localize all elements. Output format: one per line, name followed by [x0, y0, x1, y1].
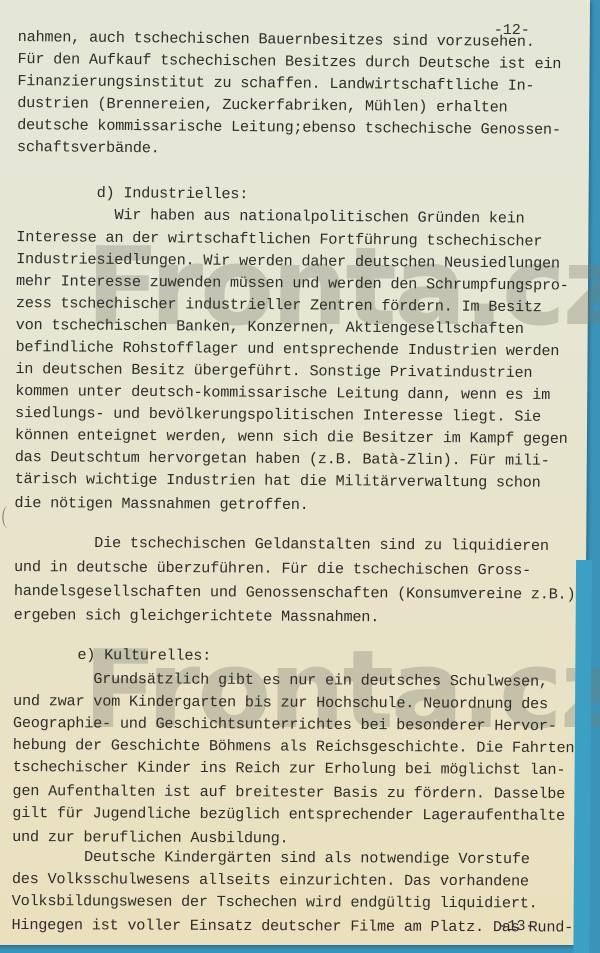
text-line: dustrien (Brennereien, Zuckerfabriken, M…: [17, 94, 508, 117]
document-page: -12- Fronta.cz Fronta.cz nahmen, auch ts…: [0, 0, 590, 945]
text-line: die nötigen Massnahmen getroffen.: [14, 494, 308, 514]
text-line: befindliche Rohstofflager und entspreche…: [15, 338, 559, 360]
text-line: d) Industrielles:: [97, 184, 249, 203]
text-line: mehr Interesse zuwenden müssen und werde…: [16, 272, 569, 295]
text-line: gen Aufenthalten ist auf breitester Basi…: [12, 782, 565, 803]
text-line: und zwar vom Kindergarten bis zur Hochsc…: [13, 692, 548, 713]
text-line: Industriesiedlungen. Wir werden daher de…: [16, 250, 560, 273]
text-line: zess tschechischer industrieller Zentren…: [16, 294, 542, 316]
text-line: tärisch wichtige Industrien hat die Mili…: [15, 470, 541, 492]
text-line: kommen unter deutsch-kommissarische Leit…: [15, 382, 550, 404]
text-line: Deutsche Kindergärten sind als notwendig…: [84, 848, 530, 868]
text-line: schaftsverbände.: [17, 138, 160, 157]
text-line: hebung der Geschichte Böhmens als Reichs…: [13, 736, 575, 757]
page-number-bottom: -13-: [498, 918, 534, 935]
text-line: und zur beruflichen Ausbildung.: [12, 828, 289, 847]
text-line: Finanzierungsinstitut zu schaffen. Landw…: [17, 72, 534, 95]
text-line: und in deutsche überzuführen. Für die ts…: [14, 558, 531, 579]
text-line: Volksbildungswesen der Tschechen wird en…: [12, 892, 538, 912]
text-line: handelsgesellschaften und Genossenschaft…: [14, 582, 576, 604]
text-line: Geographie- und Geschichtsunterrichtes b…: [13, 714, 557, 735]
text-line: e) Kulturelles:: [77, 646, 211, 665]
pencil-margin-mark: [2, 506, 13, 528]
text-line: gilt für Jugendliche bezüglich entsprech…: [12, 804, 565, 825]
text-line: deutsche kommissarische Leitung;ebenso t…: [17, 116, 561, 139]
text-line: siedlungs- und bevölkerungspolitischen I…: [15, 404, 541, 426]
text-line: tschechischer Kinder ins Reich zur Erhol…: [13, 758, 566, 779]
text-line: ergeben sich gleichgerichtete Massnahmen…: [14, 606, 380, 626]
text-line: Für den Aufkauf tschechischen Besitzes d…: [17, 50, 561, 73]
text-line: nahmen, auch tschechischen Bauernbesitze…: [18, 28, 535, 51]
text-line: Grundsätzlich gibt es nur ein deutsches …: [93, 670, 548, 691]
text-line: das Deutschtum hervorgetan haben (z.B. B…: [15, 448, 550, 470]
text-line: des Volksschulwesens allseits einzuricht…: [12, 870, 529, 890]
text-line: Interesse an der wirtschaftlichen Fortfü…: [16, 228, 542, 250]
text-line: Die tschechischen Geldanstalten sind zu …: [94, 534, 549, 555]
text-line: Hingegen ist voller Einsatz deutscher Fi…: [11, 916, 573, 936]
text-line: können enteignet werden, wenn sich die B…: [15, 426, 568, 448]
text-line: Wir haben aus nationalpolitischen Gründe…: [114, 206, 524, 228]
text-line: in deutschen Besitz übergeführt. Sonstig…: [15, 360, 532, 382]
text-line: von tschechischen Banken, Konzernen, Akt…: [16, 316, 524, 338]
